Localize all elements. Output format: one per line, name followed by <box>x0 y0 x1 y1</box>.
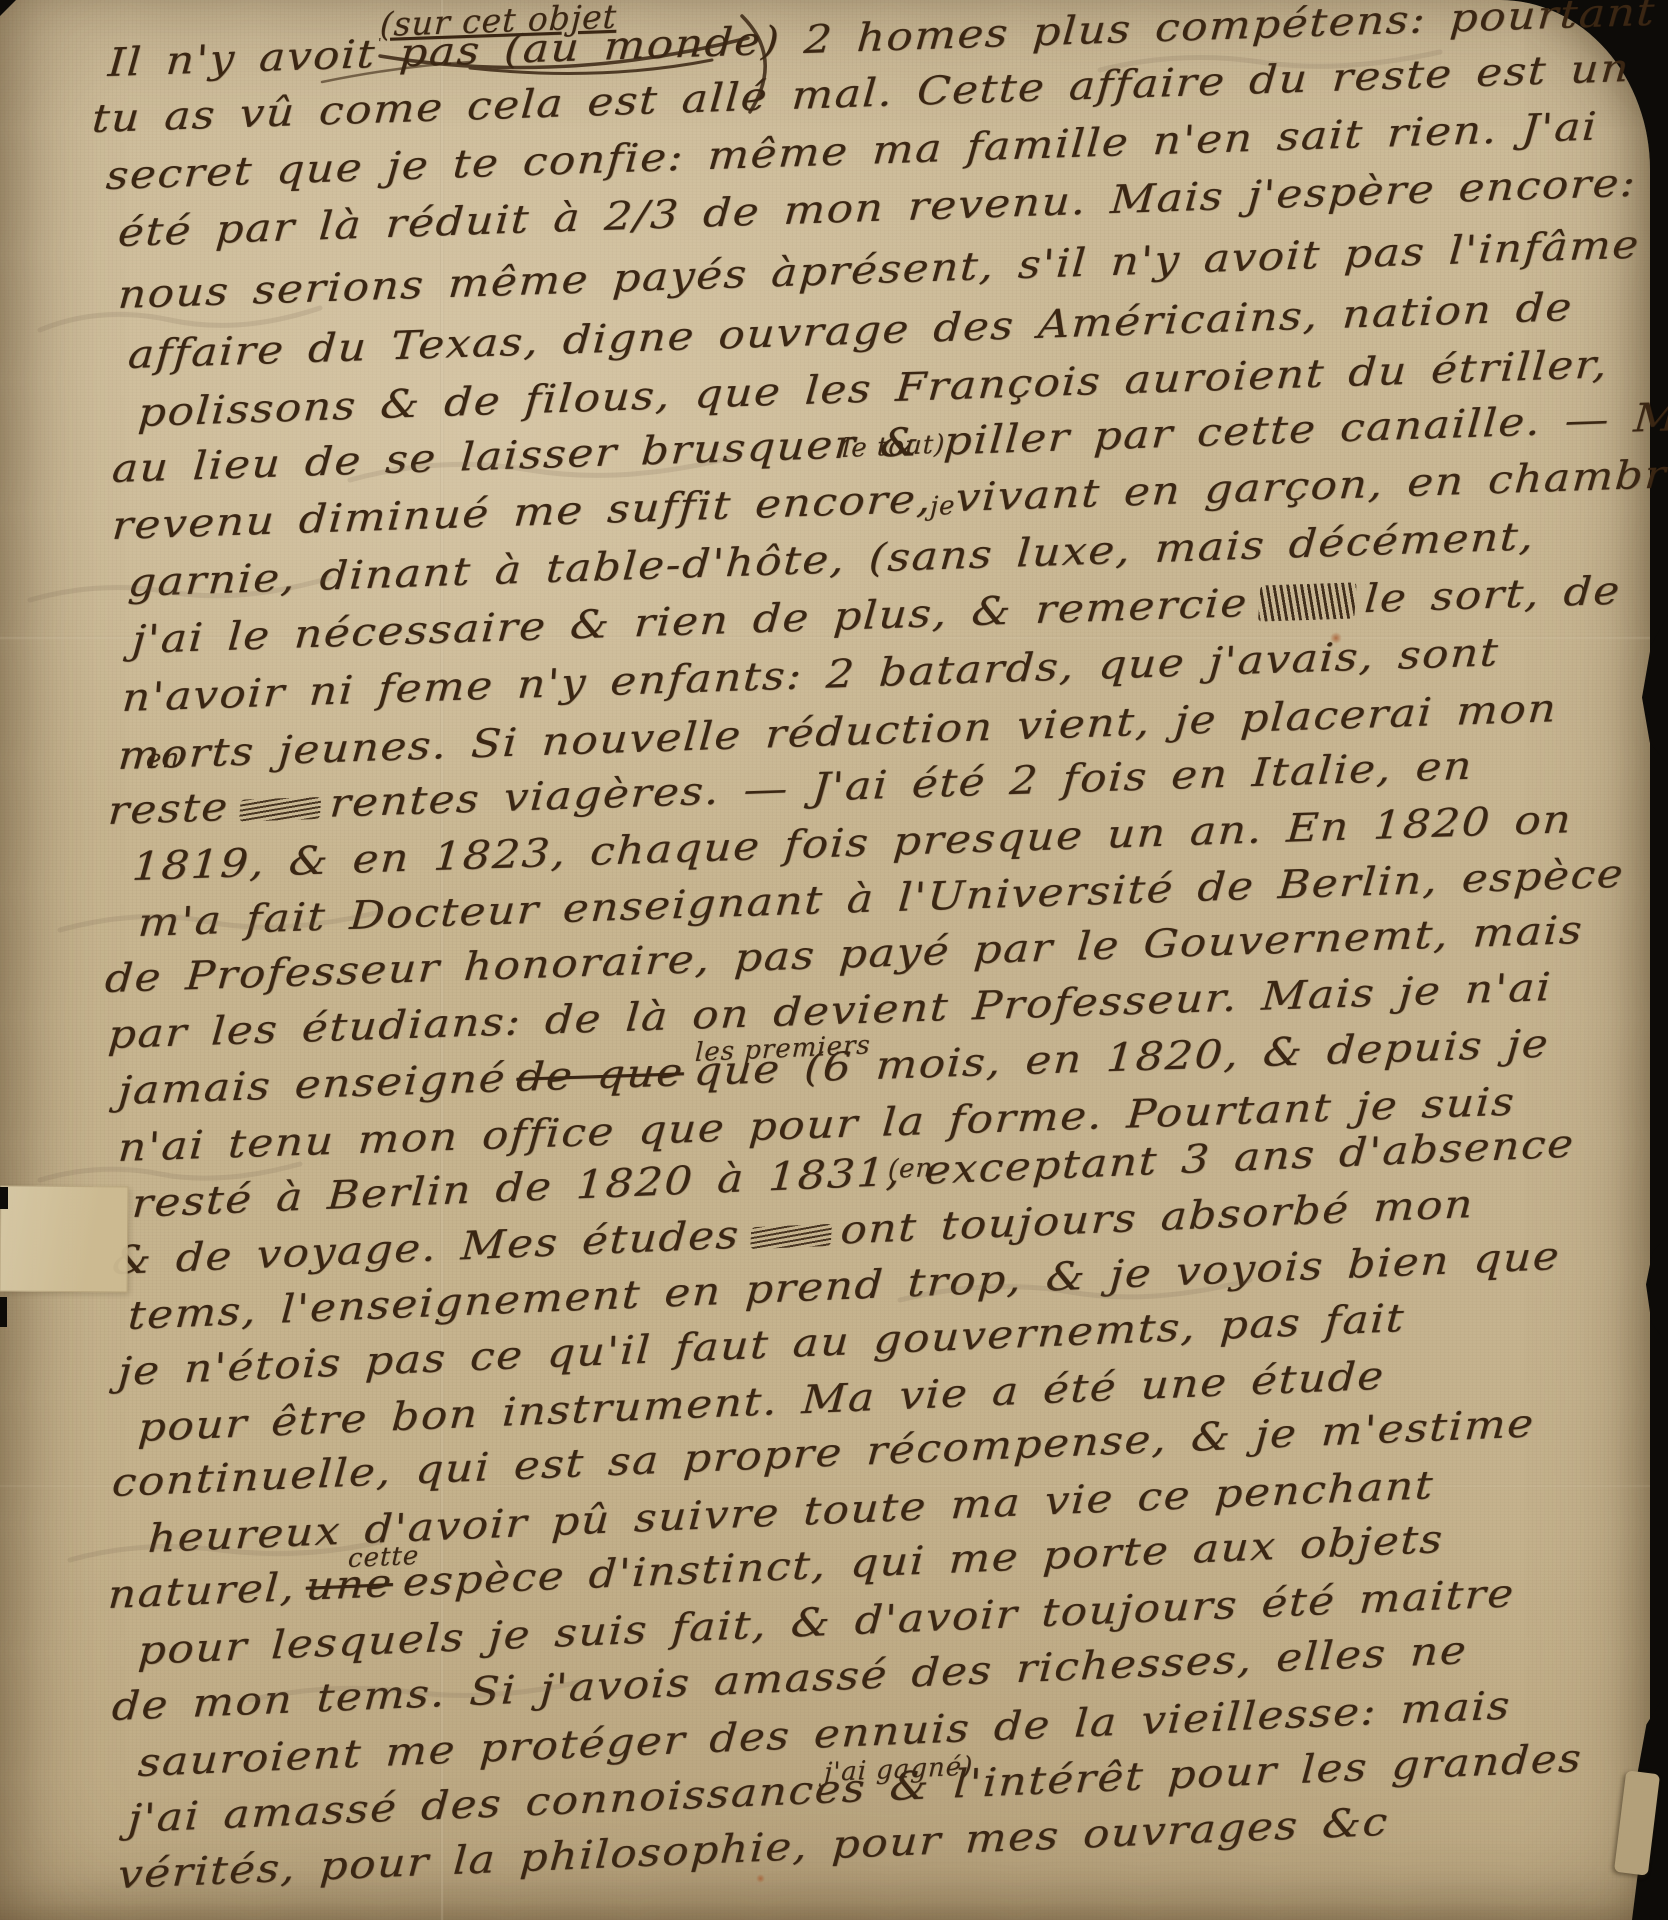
line-segment: naturel, <box>107 1565 297 1618</box>
foxing-spot <box>756 1874 765 1883</box>
scan-edge-mark <box>0 1187 8 1209</box>
line-segment: reste <box>107 785 231 834</box>
tape-repair-patch <box>0 1185 128 1292</box>
scan-edge-mark <box>0 1297 7 1327</box>
ink-scribble <box>239 797 321 822</box>
struck-words: de que <box>515 1050 685 1101</box>
ink-scribble <box>750 1224 832 1249</box>
interlinear-insertion: j'ai gagné) <box>823 1753 973 1786</box>
ink-scribble <box>1258 582 1357 621</box>
letter-page: Il n'y avoit pas (au monde) 2 homes plus… <box>0 0 1650 1920</box>
interlinear-insertion: (sur cet objet <box>379 0 618 41</box>
foxing-spot <box>1330 632 1342 644</box>
interlinear-insertion: en <box>145 745 180 773</box>
interlinear-insertion: cette <box>347 1543 419 1572</box>
line-segment: le sort, de <box>1363 569 1622 623</box>
scan-background: Il n'y avoit pas (au monde) 2 homes plus… <box>0 0 1668 1920</box>
interlinear-insertion: (en <box>887 1155 933 1183</box>
interlinear-insertion: les premiers <box>694 1032 871 1066</box>
line-segment: jamais enseigné <box>117 1056 508 1114</box>
interlinear-insertion: je <box>929 493 956 520</box>
interlinear-insertion: le tout) <box>841 431 945 462</box>
